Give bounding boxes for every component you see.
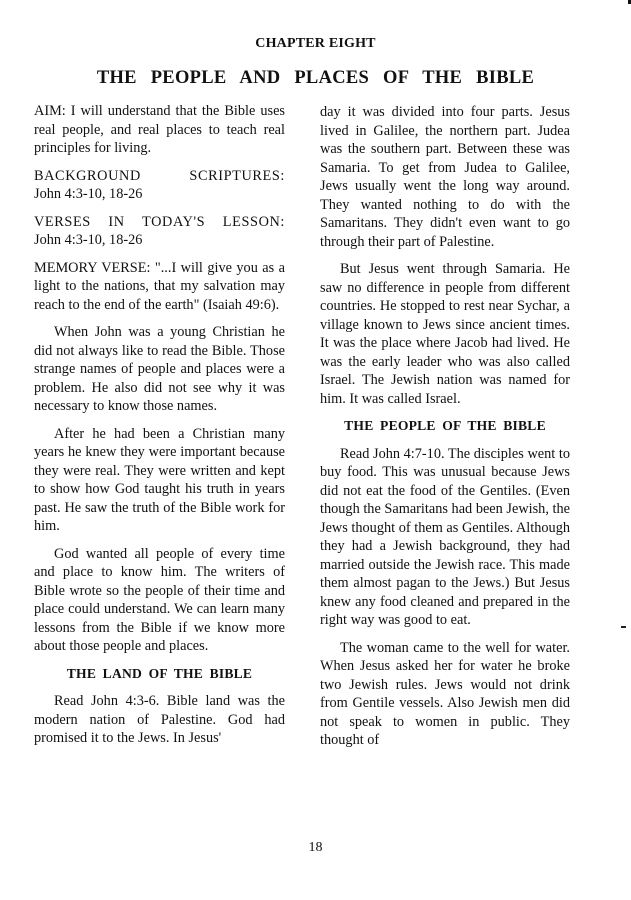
body-paragraph: But Jesus went through Samaria. He saw n… [320,260,570,408]
body-paragraph: God wanted all people of every time and … [34,545,285,656]
chapter-label: CHAPTER EIGHT [0,36,631,52]
body-paragraph-continuation: day it was divided into four parts. Jesu… [320,103,570,251]
lesson-verses: VERSES IN TODAY'S LESSON: John 4:3-10, 1… [34,213,285,250]
scan-artifact [621,626,626,628]
right-column: day it was divided into four parts. Jesu… [320,103,570,759]
section-heading-people: THE PEOPLE OF THE BIBLE [320,417,570,436]
page-number: 18 [0,840,631,856]
memory-verse: MEMORY VERSE: "...I will give you as a l… [34,259,285,315]
verses-label: VERSES IN TODAY'S LESSON: [34,213,285,232]
background-scriptures: BACKGROUND SCRIPTURES: John 4:3-10, 18-2… [34,167,285,204]
section-heading-land: THE LAND OF THE BIBLE [34,665,285,684]
body-paragraph: After he had been a Christian many years… [34,425,285,536]
body-paragraph: When John was a young Christian he did n… [34,323,285,416]
left-column: AIM: I will understand that the Bible us… [34,102,285,757]
body-paragraph: The woman came to the well for water. Wh… [320,639,570,750]
page-title: THE PEOPLE AND PLACES OF THE BIBLE [0,68,631,89]
background-reference: John 4:3-10, 18-26 [34,186,142,202]
verses-reference: John 4:3-10, 18-26 [34,232,142,248]
body-paragraph: Read John 4:7-10. The disciples went to … [320,445,570,630]
body-paragraph: Read John 4:3-6. Bible land was the mode… [34,692,285,748]
background-label: BACKGROUND SCRIPTURES: [34,167,285,186]
aim-statement: AIM: I will understand that the Bible us… [34,102,285,158]
